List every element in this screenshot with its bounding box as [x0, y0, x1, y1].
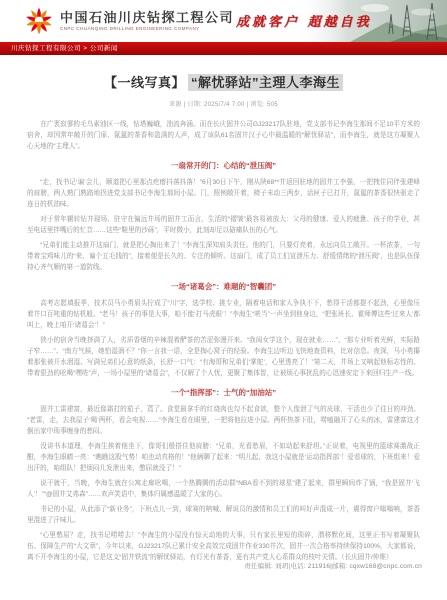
- site-header: 中国石油川庆钻探工程公司 CNPC CHUANQING DRILLING ENG…: [0, 0, 447, 42]
- article-paragraph: 高考志愿填报季，技术员马小勇眉头拧成了“川”字，选学校、挑专业，隔着电话和家人争…: [27, 298, 420, 331]
- article-paragraph: “兄弟们能主动推开这扇门，就是把心掏出来了！”李海生深知肩头责任。他的门，只要灯…: [27, 240, 420, 273]
- article-meta: 来源 | 日期: 2025/7/4 7:00 | 浏览: 505: [0, 99, 447, 108]
- article-paragraph: “走，找书记‘谝’会儿，顺道把心里那点疙瘩抖落抖落！”6月30日下午，刚从陕68…: [27, 177, 420, 210]
- page-title: 【一线写真】“解忧驿站”主理人李海生: [0, 72, 447, 91]
- section-heading: 一个“指挥部”：士气的“加油站”: [27, 387, 420, 398]
- cnpc-flower-icon: [24, 6, 54, 36]
- article-paragraph: 固井工雷建富，最近像霜打的茄子，蔫了。食堂最拿手的红烧肉也勾不起食欲，整个人像泄…: [27, 404, 420, 437]
- section-heading: 一场“诸葛会”：难题的“智囊团”: [27, 281, 420, 292]
- article-paragraph: 对于常年辗转钻井现场、驻守在偏远井场的固井工而言，生活的“褶皱”最容易被放大：父…: [27, 214, 420, 236]
- article-paragraph: 书记的小屋，从此添了“新业务”，下班点儿一到，球赛的呐喊、解说员的激情和员工们的…: [27, 504, 420, 526]
- brand-slogan: 成就客户 超越自我: [236, 11, 372, 30]
- article-paragraph: 狭小的宿舍当晚挤满了人，劣质香烟的辛辣混着酽茶的苦涩弥漫开来。“我闺女学这个，现…: [27, 335, 420, 379]
- breadcrumb[interactable]: 川庆钻探工程有限公司 > 公司新闻: [11, 45, 118, 52]
- title-highlight: “解忧驿站”主理人李海生: [188, 74, 343, 91]
- brand-name-cn: 中国石油川庆钻探工程公司: [60, 10, 234, 25]
- section-heading: 一扇常开的门：心结的“泄压阀”: [27, 160, 420, 171]
- brand-name-en: CNPC CHUANQING DRILLING ENGINEERING COMP…: [60, 25, 234, 32]
- footer-editor-text: 责任编辑: 刘玥|电话: 211916|邮箱:: [244, 563, 349, 570]
- brand-logo[interactable]: 中国石油川庆钻探工程公司 CNPC CHUANQING DRILLING ENG…: [24, 6, 234, 36]
- page: 中国石油川庆钻探工程公司 CNPC CHUANQING DRILLING ENG…: [0, 0, 447, 600]
- article-sections: 在广袤寂寥的毛乌素油区一线，钻塔巍峨，油流奔涌。而在长庆固井公司GJ23217队…: [27, 119, 420, 563]
- article-paragraph: 没讲书本道理，李海生挨着他坐下，像哥们般搭住他肩膀：“兄弟，光看愁眉，不如动起来…: [27, 441, 420, 474]
- footer-email-link[interactable]: cqxw168@cnpc.com.cn: [349, 563, 422, 570]
- breadcrumb-bar: 川庆钻探工程有限公司 > 公司新闻: [0, 42, 447, 55]
- footer-editor-line: 责任编辑: 刘玥|电话: 211916|邮箱: cqxw168@cnpc.com…: [244, 561, 422, 570]
- title-prefix: 【一线写真】: [104, 75, 185, 90]
- brand-names: 中国石油川庆钻探工程公司 CNPC CHUANQING DRILLING ENG…: [60, 10, 234, 32]
- article-paragraph: 说干就干，当晚，李海生就在公寓走廊吆喝，一个热腾腾的活动群“NBA看不到的球星”…: [27, 478, 420, 500]
- article-paragraph: 在广袤寂寥的毛乌素油区一线，钻塔巍峨，油流奔涌。而在长庆固井公司GJ23217队…: [27, 119, 420, 152]
- article-paragraph: “心里憋屈？走，找书记唠唠去！”李海生的小屋没有惊天动地的大事，只有家长里短的琐…: [27, 530, 420, 563]
